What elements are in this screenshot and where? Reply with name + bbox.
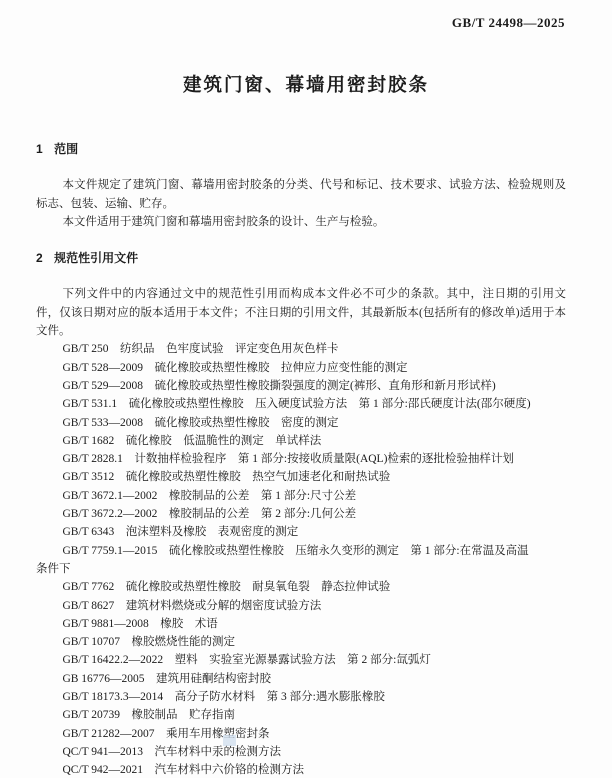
section-1-number: 1: [36, 142, 43, 156]
reference-item: GB/T 250 纺织品 色牢度试验 评定变色用灰色样卡: [36, 340, 566, 358]
reference-item: GB/T 528—2009 硫化橡胶或热塑性橡胶 拉伸应力应变性能的测定: [36, 359, 566, 377]
section-1-title: 范围: [54, 142, 78, 156]
reference-item: GB/T 6343 泡沫塑料及橡胶 表观密度的测定: [36, 523, 566, 541]
reference-item: GB/T 21282—2007 乘用车用橡塑密封条: [36, 725, 566, 743]
reference-item: GB/T 3672.1—2002 橡胶制品的公差 第 1 部分:尺寸公差: [36, 487, 566, 505]
standard-number: GB/T 24498—2025: [452, 15, 565, 31]
reference-item: GB/T 18173.3—2014 高分子防水材料 第 3 部分:遇水膨胀橡胶: [36, 688, 566, 706]
reference-item: GB/T 8627 建筑材料燃烧或分解的烟密度试验方法: [36, 597, 566, 615]
document-page: GB/T 24498—2025 建筑门窗、幕墙用密封胶条 1范围 本文件规定了建…: [0, 0, 612, 778]
reference-item: GB/T 10707 橡胶燃烧性能的测定: [36, 633, 566, 651]
reference-item: GB/T 16422.2—2022 塑料 实验室光源暴露试验方法 第 2 部分:…: [36, 651, 566, 669]
reference-item: GB/T 533—2008 硫化橡胶或热塑性橡胶 密度的测定: [36, 414, 566, 432]
document-title: 建筑门窗、幕墙用密封胶条: [0, 71, 612, 97]
reference-item: GB/T 9881—2008 橡胶 术语: [36, 615, 566, 633]
scan-highlight-artifact: [223, 735, 236, 746]
reference-item: GB/T 3512 硫化橡胶或热塑性橡胶 热空气加速老化和耐热试验: [36, 468, 566, 486]
section-1-heading: 1范围: [36, 140, 566, 158]
scope-paragraph-2: 本文件适用于建筑门窗和幕墙用密封胶条的设计、生产与检验。: [36, 213, 566, 231]
section-2-number: 2: [36, 251, 43, 265]
normative-references-intro: 下列文件中的内容通过文中的规范性引用而构成本文件必不可少的条款。其中，注日期的引…: [36, 285, 566, 340]
reference-item: GB 16776—2005 建筑用硅酮结构密封胶: [36, 670, 566, 688]
reference-item: GB/T 2828.1 计数抽样检验程序 第 1 部分:按接收质量限(AQL)检…: [36, 450, 566, 468]
document-body: 1范围 本文件规定了建筑门窗、幕墙用密封胶条的分类、代号和标记、技术要求、试验方…: [36, 140, 566, 778]
reference-item: QC/T 941—2013 汽车材料中汞的检测方法: [36, 743, 566, 761]
reference-item: QC/T 942—2021 汽车材料中六价铬的检测方法: [36, 761, 566, 778]
reference-item: GB/T 3672.2—2002 橡胶制品的公差 第 2 部分:几何公差: [36, 505, 566, 523]
reference-item: GB/T 7762 硫化橡胶或热塑性橡胶 耐臭氧龟裂 静态拉伸试验: [36, 578, 566, 596]
section-2-title: 规范性引用文件: [54, 251, 138, 265]
reference-item: GB/T 531.1 硫化橡胶或热塑性橡胶 压入硬度试验方法 第 1 部分:邵氏…: [36, 395, 566, 413]
scope-paragraph-1: 本文件规定了建筑门窗、幕墙用密封胶条的分类、代号和标记、技术要求、试验方法、检验…: [36, 176, 566, 213]
section-2-heading: 2规范性引用文件: [36, 249, 566, 267]
reference-item: GB/T 1682 硫化橡胶 低温脆性的测定 单试样法: [36, 432, 566, 450]
reference-item: GB/T 529—2008 硫化橡胶或热塑性橡胶撕裂强度的测定(裤形、直角形和新…: [36, 377, 566, 395]
reference-item: GB/T 20739 橡胶制品 贮存指南: [36, 706, 566, 724]
reference-item: GB/T 7759.1—2015 硫化橡胶或热塑性橡胶 压缩永久变形的测定 第 …: [36, 542, 566, 579]
